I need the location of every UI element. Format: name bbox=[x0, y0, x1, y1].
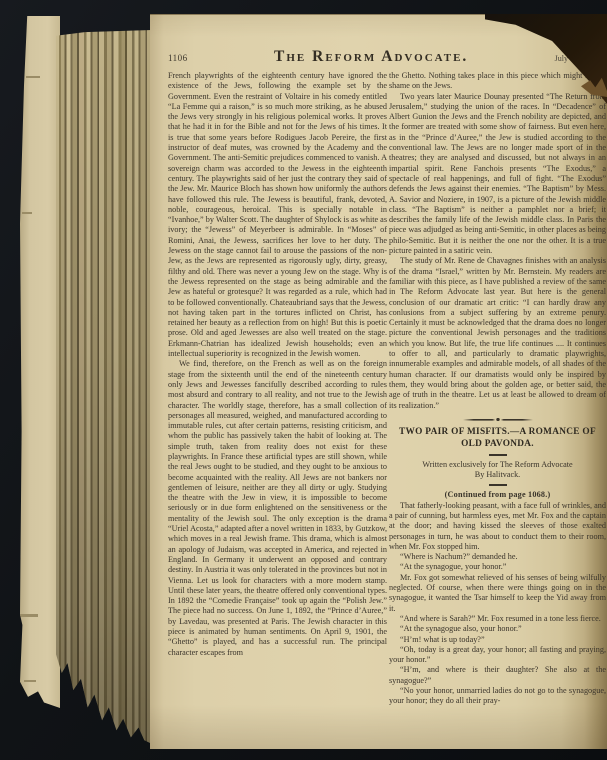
story-paragraph: “At the synagogue, your honor.” bbox=[389, 562, 606, 572]
story-byline: Written exclusively for The Reform Advoc… bbox=[389, 460, 606, 470]
story-paragraph: Mr. Fox got somewhat relieved of his sen… bbox=[389, 573, 606, 614]
article-paragraph: We find, therefore, on the French as wel… bbox=[168, 359, 387, 658]
story-paragraph: “At the synagogue also, your honor.” bbox=[389, 624, 606, 634]
left-column: French playwrights of the eighteenth cen… bbox=[168, 71, 387, 751]
masthead-title: The Reform Advocate. bbox=[188, 48, 555, 66]
heading-rule bbox=[489, 454, 507, 456]
story-paragraph: “Where is Nachum?” demanded he. bbox=[389, 552, 606, 562]
section-divider bbox=[463, 418, 533, 421]
story-paragraph: “Oh, today is a great day, your honor; a… bbox=[389, 645, 606, 666]
page-number: 1106 bbox=[168, 53, 188, 63]
page-edge-notch bbox=[24, 680, 36, 682]
story-paragraph: “H’m, and where is their daughter? She a… bbox=[389, 665, 606, 686]
story-heading: TWO PAIR OF MISFITS.—A ROMANCE OF OLD PA… bbox=[393, 426, 602, 450]
article-paragraph: French playwrights of the eighteenth cen… bbox=[168, 71, 387, 359]
article-paragraph: The study of Mr. Rene de Chavagnes finis… bbox=[389, 256, 606, 410]
page-edge-notch bbox=[26, 76, 40, 78]
article-paragraph: Two years later Maurice Dounay presented… bbox=[389, 92, 606, 257]
story-paragraph: “No your honor, unmarried ladies do not … bbox=[389, 686, 606, 707]
article-paragraph: the Ghetto. Nothing takes place in this … bbox=[389, 71, 606, 92]
continued-note: (Continued from page 1068.) bbox=[389, 490, 606, 500]
right-column: the Ghetto. Nothing takes place in this … bbox=[389, 71, 606, 751]
protruding-page-edge bbox=[20, 16, 60, 708]
story-author: By Halitvack. bbox=[389, 470, 606, 480]
story-paragraph: That fatherly-looking peasant, with a fa… bbox=[389, 501, 606, 552]
page-edge-notch bbox=[22, 212, 32, 214]
page-stack-fore-edges bbox=[56, 30, 152, 746]
page-edge-notch bbox=[20, 614, 38, 617]
book-scan: 1106 The Reform Advocate. July 16, 1910 … bbox=[0, 0, 607, 760]
story-paragraph: “And where is Sarah?” Mr. Fox resumed in… bbox=[389, 614, 606, 624]
byline-rule bbox=[489, 484, 507, 486]
page-header: 1106 The Reform Advocate. July 16, 1910 bbox=[168, 48, 598, 66]
story-paragraph: “H’m! what is up today?” bbox=[389, 635, 606, 645]
magazine-page: 1106 The Reform Advocate. July 16, 1910 … bbox=[150, 14, 607, 749]
